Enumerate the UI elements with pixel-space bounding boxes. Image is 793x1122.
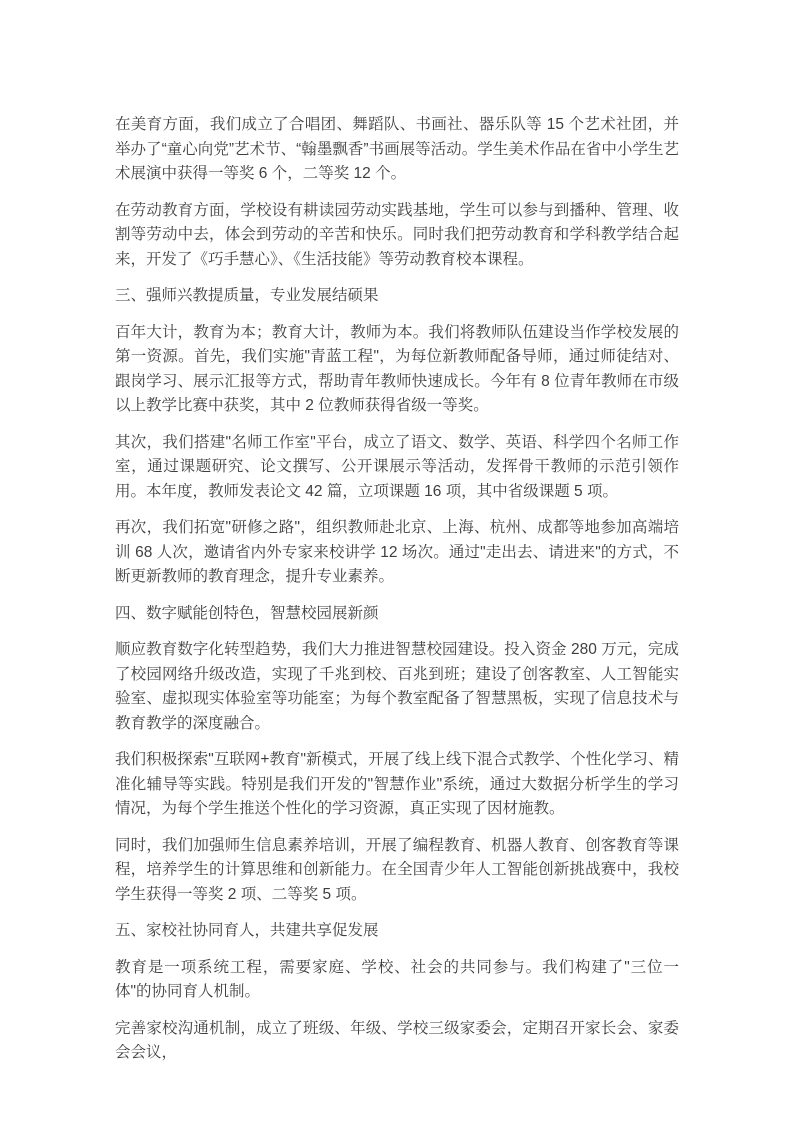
paragraph-teacher-development-2: 其次，我们搭建"名师工作室"平台，成立了语文、数学、英语、科学四个名师工作室，通… [115, 431, 679, 505]
document-page: 在美育方面，我们成立了合唱团、舞蹈队、书画社、器乐队等 15 个艺术社团，并举办… [0, 0, 793, 1122]
paragraph-smart-campus-1: 顺应教育数字化转型趋势，我们大力推进智慧校园建设。投入资金 280 万元，完成了… [115, 638, 679, 736]
paragraph-aesthetic-education: 在美育方面，我们成立了合唱团、舞蹈队、书画社、器乐队等 15 个艺术社团，并举办… [115, 113, 679, 187]
paragraph-home-school-1: 教育是一项系统工程，需要家庭、学校、社会的共同参与。我们构建了"三位一体"的协同… [115, 956, 679, 1005]
section-heading-3: 三、强师兴教提质量，专业发展结硕果 [115, 284, 679, 309]
paragraph-labor-education: 在劳动教育方面，学校设有耕读园劳动实践基地，学生可以参与到播种、管理、收割等劳动… [115, 199, 679, 273]
paragraph-smart-campus-2: 我们积极探索"互联网+教育"新模式，开展了线上线下混合式教学、个性化学习、精准化… [115, 748, 679, 822]
paragraph-teacher-development-3: 再次，我们拓宽"研修之路"，组织教师赴北京、上海、杭州、成都等地参加高端培训 6… [115, 516, 679, 590]
section-heading-4: 四、数字赋能创特色，智慧校园展新颜 [115, 602, 679, 627]
paragraph-smart-campus-3: 同时，我们加强师生信息素养培训，开展了编程教育、机器人教育、创客教育等课程，培养… [115, 834, 679, 908]
section-heading-5: 五、家校社协同育人，共建共享促发展 [115, 919, 679, 944]
document-text-body: 在美育方面，我们成立了合唱团、舞蹈队、书画社、器乐队等 15 个艺术社团，并举办… [115, 113, 679, 1078]
paragraph-home-school-2: 完善家校沟通机制，成立了班级、年级、学校三级家委会，定期召开家长会、家委会会议， [115, 1017, 679, 1066]
paragraph-teacher-development-1: 百年大计，教育为本；教育大计，教师为本。我们将教师队伍建设当作学校发展的第一资源… [115, 321, 679, 419]
